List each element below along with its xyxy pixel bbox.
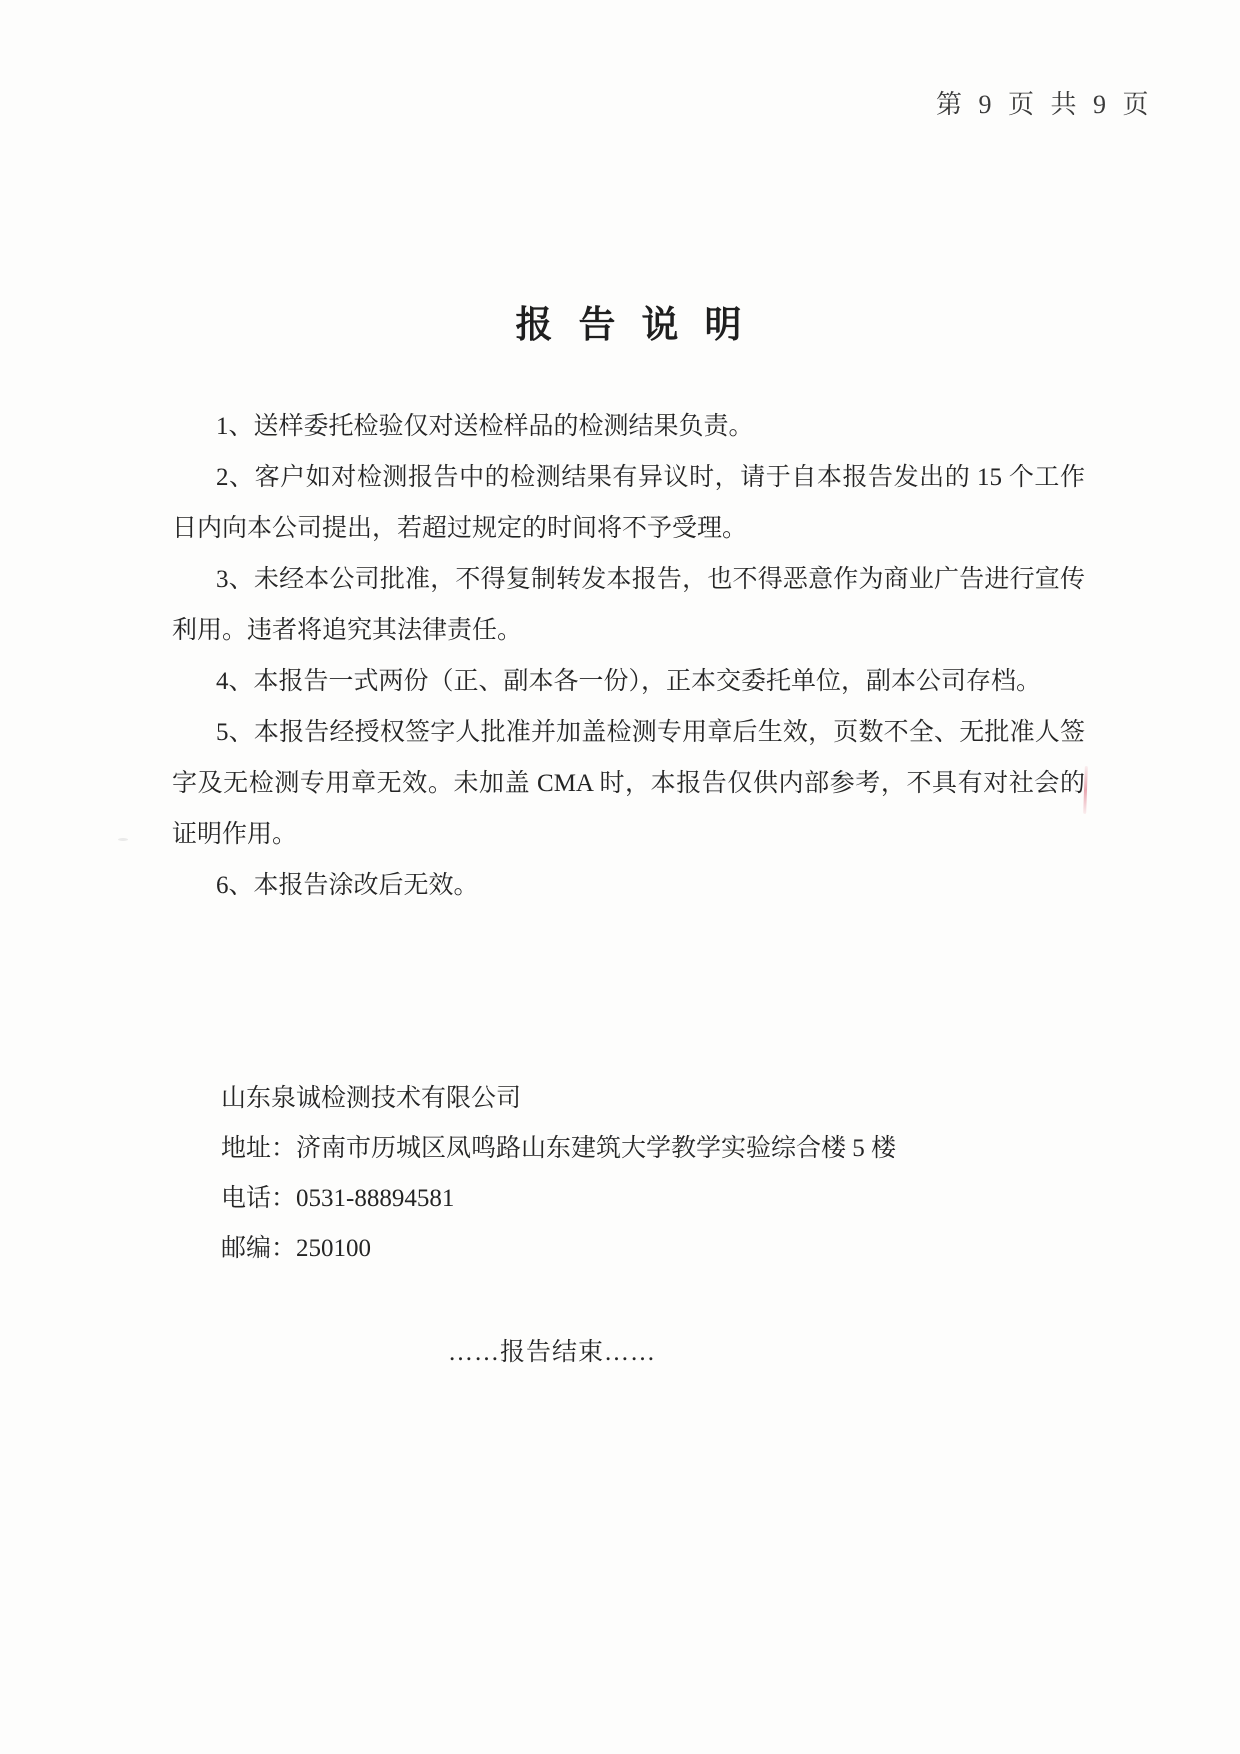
report-notes-page: 第 9 页 共 9 页 报告说明 1、送样委托检验仅对送检样品的检测结果负责。 … bbox=[0, 0, 1240, 1754]
page-title: 报告说明 bbox=[172, 294, 1085, 348]
note-item-2: 2、客户如对检测报告中的检测结果有异议时，请于自本报告发出的 15 个工作日内向… bbox=[172, 452, 1085, 554]
note-item-5: 5、本报告经授权签字人批准并加盖检测专用章后生效，页数不全、无批准人签字及无检测… bbox=[172, 707, 1085, 860]
note-item-3: 3、未经本公司批准，不得复制转发本报告，也不得恶意作为商业广告进行宣传利用。违者… bbox=[172, 554, 1085, 656]
report-notes-list: 1、送样委托检验仅对送检样品的检测结果负责。 2、客户如对检测报告中的检测结果有… bbox=[172, 401, 1085, 911]
note-item-4: 4、本报告一式两份（正、副本各一份），正本交委托单位，副本公司存档。 bbox=[172, 656, 1085, 707]
company-info-block: 山东泉诚检测技术有限公司 地址：济南市历城区凤鸣路山东建筑大学教学实验综合楼 5… bbox=[221, 1074, 1041, 1274]
page-number: 第 9 页 共 9 页 bbox=[936, 84, 1154, 121]
company-postcode: 邮编：250100 bbox=[221, 1224, 1041, 1274]
company-phone: 电话：0531-88894581 bbox=[221, 1174, 1041, 1224]
report-end-marker: ……报告结束…… bbox=[172, 1332, 932, 1368]
scan-artifact-mark bbox=[1083, 766, 1088, 814]
company-address: 地址：济南市历城区凤鸣路山东建筑大学教学实验综合楼 5 楼 bbox=[221, 1124, 1041, 1174]
scan-smudge-mark bbox=[118, 838, 128, 841]
note-item-1: 1、送样委托检验仅对送检样品的检测结果负责。 bbox=[172, 401, 1085, 452]
company-name: 山东泉诚检测技术有限公司 bbox=[221, 1074, 1041, 1124]
note-item-6: 6、本报告涂改后无效。 bbox=[172, 860, 1085, 911]
